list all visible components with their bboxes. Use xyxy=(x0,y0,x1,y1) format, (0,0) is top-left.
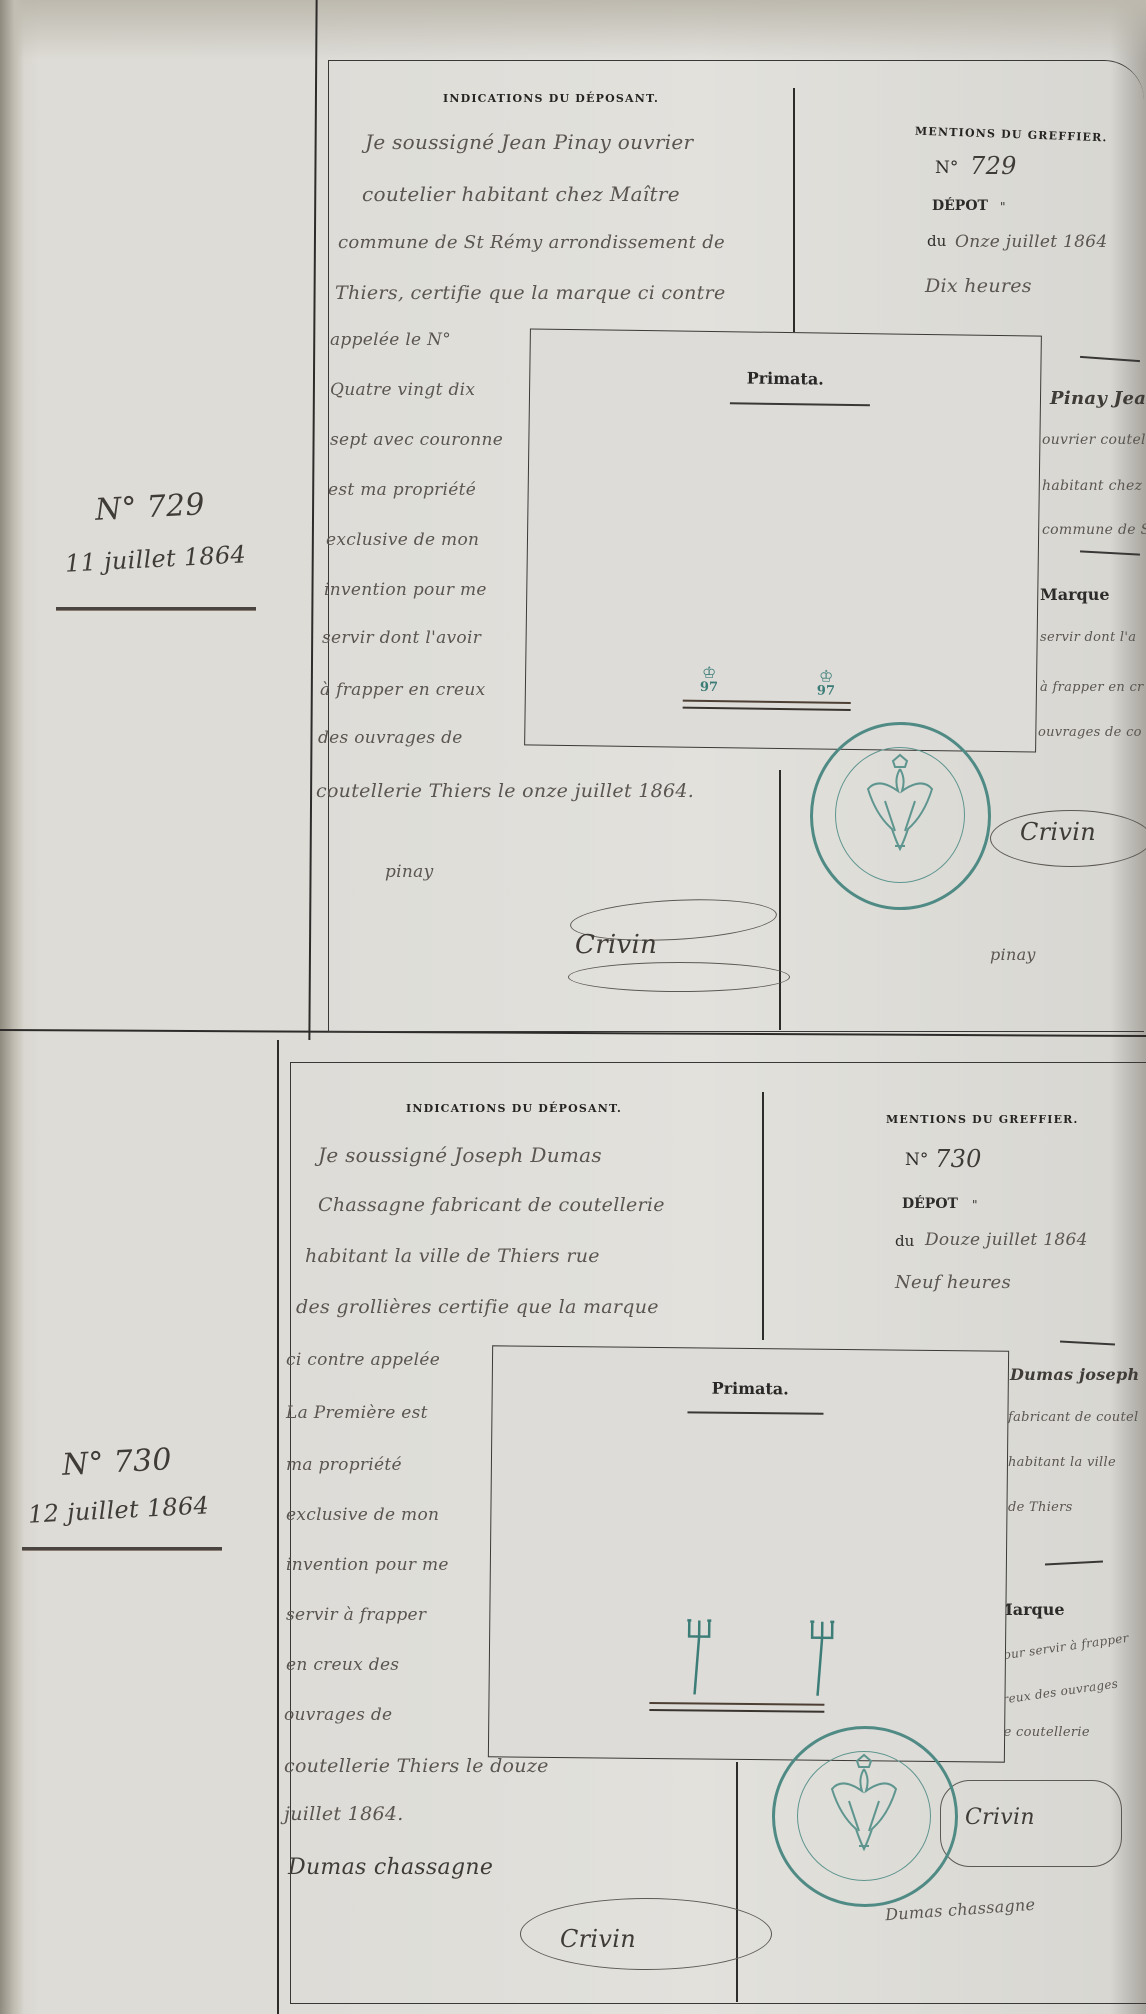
margin-date: 12 juillet 1864 xyxy=(27,1491,209,1528)
registrar-number-label: N° xyxy=(905,1150,928,1170)
registrar-side-line-1: Dumas joseph xyxy=(1010,1365,1139,1384)
registrar-time: Neuf heures xyxy=(895,1272,1011,1293)
depositor-signature: Dumas chassagne xyxy=(288,1855,493,1880)
depositor-line-6: La Première est xyxy=(286,1403,428,1423)
depositor-line-3: habitant la ville de Thiers rue xyxy=(305,1245,600,1267)
depositor-line-9: invention pour me xyxy=(286,1555,449,1575)
registrar-side-line-3: habitant la ville xyxy=(1008,1455,1116,1470)
trident-mark-icon-right xyxy=(807,1618,838,1698)
mark-title: Primata. xyxy=(493,1376,1008,1400)
column-divider xyxy=(762,1092,764,1340)
registrar-depot-suffix: " xyxy=(972,1198,978,1212)
mark-title-rule xyxy=(687,1411,823,1414)
depositor-line-7: ma propriété xyxy=(286,1455,402,1475)
margin-number: N° 730 xyxy=(61,1442,173,1483)
depositor-line-12: ouvrages de xyxy=(284,1705,392,1725)
eagle-icon xyxy=(809,1751,919,1871)
registrar-du-label: du xyxy=(895,1232,914,1250)
registrar-side-line-2: fabricant de coutel xyxy=(1008,1410,1138,1425)
registrar-number: 730 xyxy=(935,1145,982,1173)
depositor-heading: INDICATIONS DU DÉPOSANT. xyxy=(406,1102,622,1115)
trident-mark-icon-left xyxy=(685,1616,716,1696)
tribunal-seal xyxy=(772,1726,958,1907)
margin-underline xyxy=(22,1547,222,1551)
registrar-side-line-4: de Thiers xyxy=(1008,1500,1073,1515)
depositor-line-11: en creux des xyxy=(286,1655,399,1675)
registrar-marque-line-3: de coutellerie xyxy=(995,1725,1090,1740)
clerk-signature xyxy=(520,1898,772,1970)
depositor-line-8: exclusive de mon xyxy=(286,1505,439,1525)
registrar-depot-label: DÉPOT xyxy=(902,1196,958,1212)
registrar-heading: MENTIONS DU GREFFIER. xyxy=(886,1113,1079,1126)
depositor-line-4: des grollières certifie que la marque xyxy=(296,1296,659,1318)
mark-baseline xyxy=(649,1702,824,1713)
depositor-line-10: servir à frapper xyxy=(286,1605,426,1625)
registrar-date: Douze juillet 1864 xyxy=(925,1230,1088,1250)
depositor-line-13: coutellerie Thiers le douze xyxy=(284,1755,549,1777)
clerk-signature-text: Crivin xyxy=(560,1925,636,1953)
record-730: N° 730 12 juillet 1864 INDICATIONS DU DÉ… xyxy=(0,0,1146,2014)
depositor-line-1: Je soussigné Joseph Dumas xyxy=(318,1143,602,1167)
depositor-line-14: juillet 1864. xyxy=(284,1803,404,1825)
depositor-line-5: ci contre appelée xyxy=(286,1350,440,1370)
column-divider-lower xyxy=(736,1762,738,2002)
registrar-clerk-signature-text: Crivin xyxy=(965,1805,1035,1830)
depositor-line-2: Chassagne fabricant de coutellerie xyxy=(318,1194,665,1216)
register-page: N° 729 11 juillet 1864 INDICATIONS DU DÉ… xyxy=(0,0,1146,2014)
mark-box: Primata. xyxy=(488,1345,1009,1762)
